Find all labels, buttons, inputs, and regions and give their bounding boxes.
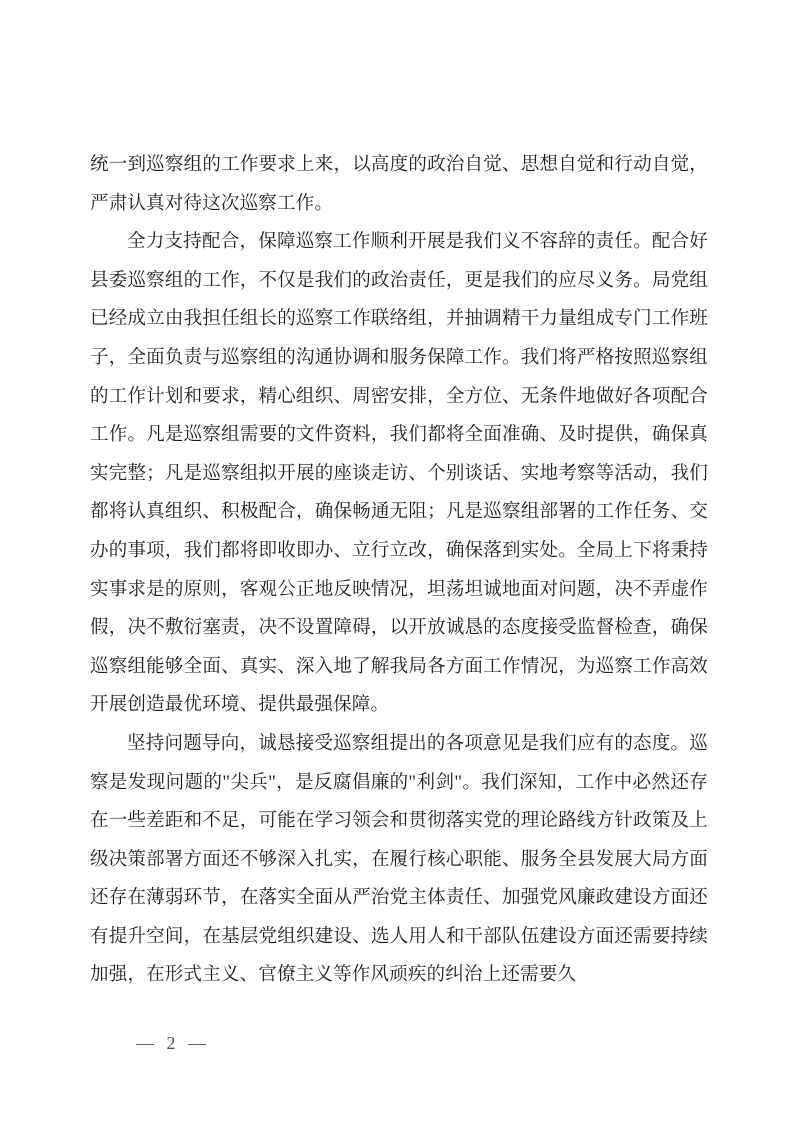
page-number: — 2 — [136,1031,210,1055]
document-page: 统一到巡察组的工作要求上来，以高度的政治自觉、思想自觉和行动自觉，严肃认真对待这… [0,0,793,1122]
body-paragraph: 全力支持配合，保障巡察工作顺利开展是我们义不容辞的责任。配合好县委巡察组的工作，… [90,223,708,725]
document-body: 统一到巡察组的工作要求上来，以高度的政治自觉、思想自觉和行动自觉，严肃认真对待这… [90,146,708,995]
body-paragraph: 统一到巡察组的工作要求上来，以高度的政治自觉、思想自觉和行动自觉，严肃认真对待这… [90,146,708,223]
body-paragraph: 坚持问题导向，诚恳接受巡察组提出的各项意见是我们应有的态度。巡察是发现问题的"尖… [90,725,708,995]
